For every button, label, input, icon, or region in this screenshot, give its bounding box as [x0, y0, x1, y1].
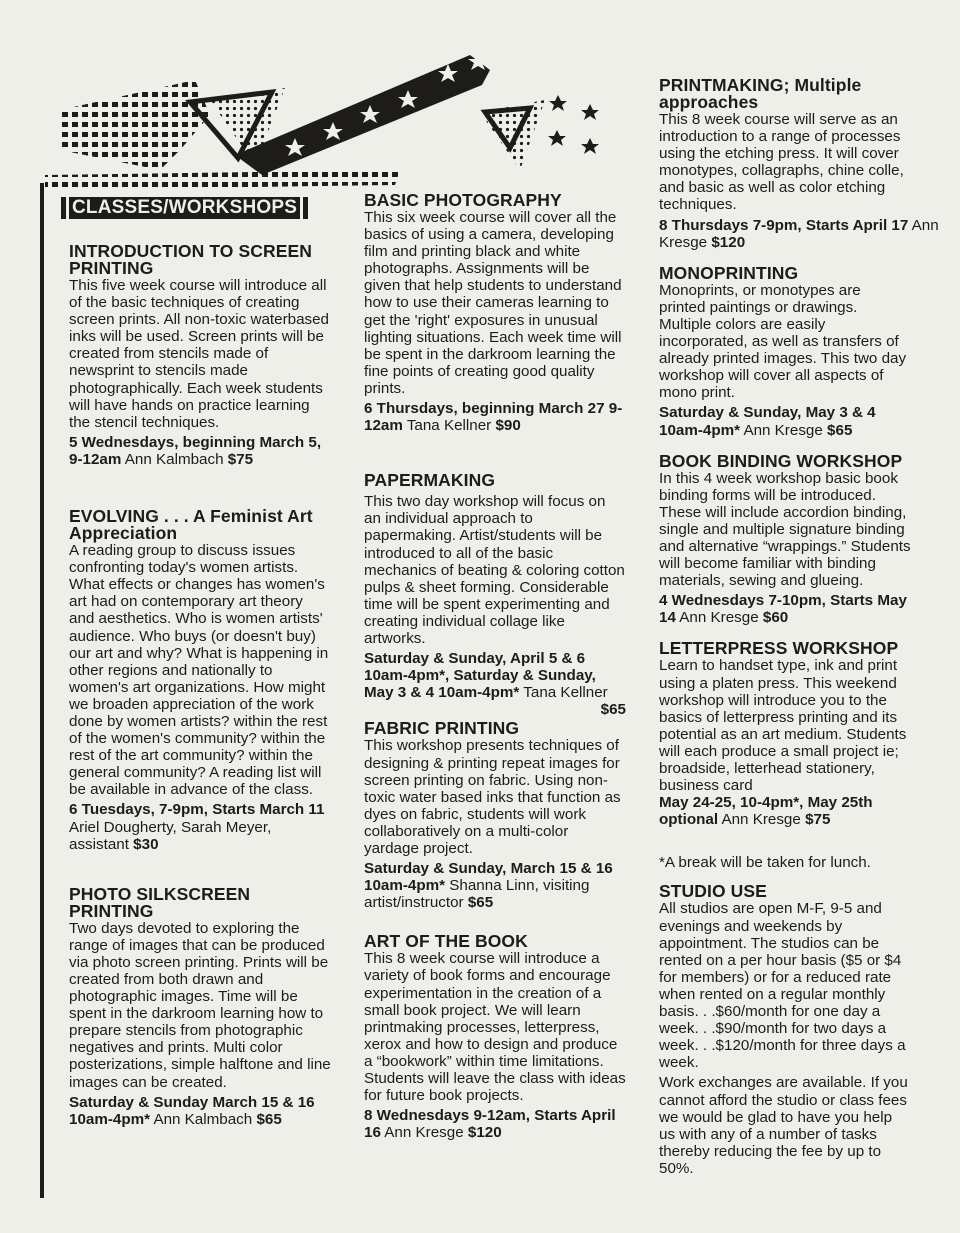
- course-schedule: 6 Thursdays, beginning March 27 9-12am T…: [364, 400, 626, 434]
- lunch-footnote: *A break will be taken for lunch.: [659, 854, 959, 871]
- course-schedule: Saturday & Sunday March 15 & 16 10am-4pm…: [69, 1094, 331, 1128]
- course-letterpress: LETTERPRESS WORKSHOP Learn to handset ty…: [659, 640, 921, 828]
- course-schedule: 6 Tuesdays, 7-9pm, Starts March 11 Ariel…: [69, 801, 331, 852]
- flyer-page: CLASSES/WORKSHOPS INTRODUCTION TO SCREEN…: [0, 0, 960, 1233]
- price: $65: [364, 701, 626, 718]
- course-description: This 8 week course will introduce a vari…: [364, 950, 626, 1104]
- course-fabric-printing: FABRIC PRINTING This workshop presents t…: [364, 720, 626, 911]
- banner-right-bar: [303, 197, 308, 219]
- price: $75: [228, 451, 253, 468]
- small-stars-icon: [548, 95, 599, 154]
- price: $60: [763, 609, 788, 626]
- section-banner: CLASSES/WORKSHOPS: [61, 197, 308, 219]
- instructor: Ann Kalmbach: [125, 451, 224, 468]
- price: $65: [827, 422, 852, 439]
- instructor: Ann Kalmbach: [153, 1111, 252, 1128]
- course-description: Monoprints, or monotypes are printed pai…: [659, 282, 909, 402]
- instructor: Ariel Dougherty, Sarah Meyer, assistant: [69, 819, 271, 853]
- course-description: This five week course will introduce all…: [69, 277, 331, 431]
- course-printmaking: PRINTMAKING; Multiple approaches This 8 …: [659, 77, 959, 251]
- price: $65: [256, 1111, 281, 1128]
- schedule-text: 6 Tuesdays, 7-9pm, Starts March 11: [69, 801, 325, 818]
- studio-use-paragraph-2: Work exchanges are available. If you can…: [659, 1074, 909, 1177]
- course-title: PRINTMAKING; Multiple approaches: [659, 77, 959, 111]
- course-photo-silkscreen: PHOTO SILKSCREEN PRINTING Two days devot…: [69, 886, 331, 1128]
- studio-use-title: STUDIO USE: [659, 883, 909, 900]
- banner-left-bar: [61, 197, 66, 219]
- studio-use-paragraph-1: All studios are open M-F, 9-5 and evenin…: [659, 900, 909, 1071]
- instructor: Tana Kellner: [407, 417, 491, 434]
- course-schedule: 4 Wednesdays 7-10pm, Starts May 14 Ann K…: [659, 592, 914, 626]
- course-title: PAPERMAKING: [364, 472, 626, 489]
- price: $120: [711, 234, 745, 251]
- course-title: PHOTO SILKSCREEN PRINTING: [69, 886, 331, 920]
- studio-use-section: STUDIO USE All studios are open M-F, 9-5…: [659, 883, 909, 1177]
- course-description: In this 4 week workshop basic book bindi…: [659, 470, 914, 590]
- course-art-of-the-book: ART OF THE BOOK This 8 week course will …: [364, 933, 626, 1141]
- course-title: EVOLVING . . . A Feminist Art Appreciati…: [69, 508, 331, 542]
- price: $65: [468, 894, 493, 911]
- course-schedule: 5 Wednesdays, beginning March 5, 9-12am …: [69, 434, 331, 468]
- course-description: Two days devoted to exploring the range …: [69, 920, 331, 1091]
- course-schedule: Saturday & Sunday, May 3 & 4 10am-4pm* A…: [659, 404, 909, 438]
- course-description: This six week course will cover all the …: [364, 209, 626, 397]
- price: $30: [133, 836, 158, 853]
- course-description: This workshop presents techniques of des…: [364, 737, 626, 857]
- column-1: INTRODUCTION TO SCREEN PRINTING This fiv…: [69, 243, 331, 1128]
- course-papermaking: PAPERMAKING This two day workshop will f…: [364, 472, 626, 718]
- course-monoprinting: MONOPRINTING Monoprints, or monotypes ar…: [659, 265, 909, 439]
- small-triangle-icon: [480, 100, 545, 170]
- instructor: Ann Kresge: [679, 609, 758, 626]
- course-basic-photography: BASIC PHOTOGRAPHY This six week course w…: [364, 192, 626, 434]
- instructor: Ann Kresge: [743, 422, 822, 439]
- banner-title: CLASSES/WORKSHOPS: [69, 197, 300, 219]
- course-evolving-feminist-art: EVOLVING . . . A Feminist Art Appreciati…: [69, 508, 331, 853]
- course-title: INTRODUCTION TO SCREEN PRINTING: [69, 243, 331, 277]
- course-schedule: 8 Wednesdays 9-12am, Starts April 16 Ann…: [364, 1107, 626, 1141]
- schedule-text: 6 Thursdays, beginning March 27 9-12am: [364, 400, 622, 434]
- course-title: LETTERPRESS WORKSHOP: [659, 640, 921, 657]
- course-intro-screen-printing: INTRODUCTION TO SCREEN PRINTING This fiv…: [69, 243, 331, 468]
- course-title: MONOPRINTING: [659, 265, 909, 282]
- course-schedule: May 24-25, 10-4pm*, May 25th optional An…: [659, 794, 921, 828]
- course-schedule: Saturday & Sunday, March 15 & 16 10am-4p…: [364, 860, 626, 911]
- course-description: Learn to handset type, ink and print usi…: [659, 657, 921, 794]
- schedule-text: 8 Thursdays 7-9pm, Starts April 17: [659, 217, 908, 234]
- price: $120: [468, 1124, 502, 1141]
- course-title: FABRIC PRINTING: [364, 720, 626, 737]
- footnote-text: *A break will be taken for lunch.: [659, 854, 959, 871]
- column-3: PRINTMAKING; Multiple approaches This 8 …: [659, 77, 959, 1177]
- instructor: Ann Kresge: [721, 811, 800, 828]
- instructor: Ann Kresge: [384, 1124, 463, 1141]
- course-schedule: Saturday & Sunday, April 5 & 6 10am-4pm*…: [364, 650, 626, 718]
- price: $90: [495, 417, 520, 434]
- course-title: BOOK BINDING WORKSHOP: [659, 453, 914, 470]
- course-description: This two day workshop will focus on an i…: [364, 493, 626, 647]
- column-2: BASIC PHOTOGRAPHY This six week course w…: [364, 192, 626, 1141]
- course-description: This 8 week course will serve as an intr…: [659, 111, 909, 214]
- course-title: BASIC PHOTOGRAPHY: [364, 192, 626, 209]
- price: $75: [805, 811, 830, 828]
- course-description: A reading group to discuss issues confro…: [69, 542, 331, 798]
- instructor: Tana Kellner: [523, 684, 607, 701]
- course-schedule: 8 Thursdays 7-9pm, Starts April 17 Ann K…: [659, 217, 959, 251]
- left-vertical-rule: [40, 183, 44, 1198]
- course-book-binding: BOOK BINDING WORKSHOP In this 4 week wor…: [659, 453, 914, 627]
- course-title: ART OF THE BOOK: [364, 933, 626, 950]
